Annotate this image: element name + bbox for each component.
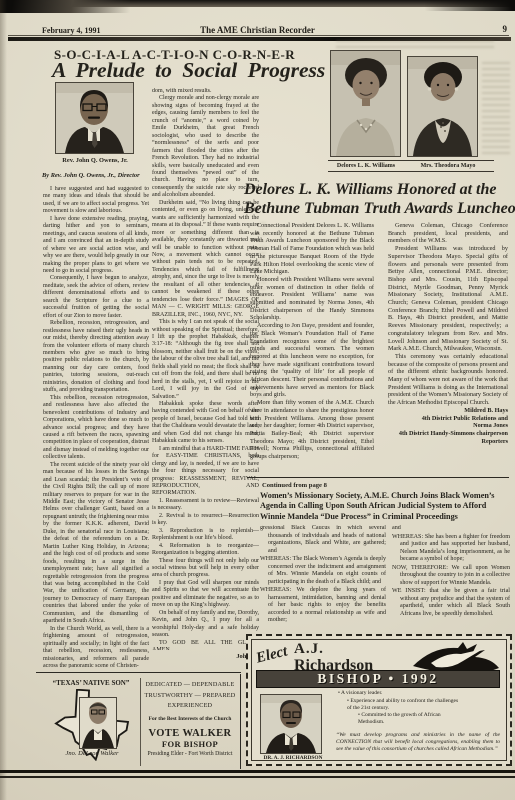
paragraph: Norma Jones (388, 422, 508, 430)
williams-headline: Delores L. K. Williams Honored at the Be… (244, 181, 514, 218)
paragraph: dom, with mixed results. (152, 88, 259, 95)
paragraph: I have done extensive reading, praying, … (43, 216, 149, 276)
ads-divider-rule (240, 674, 241, 769)
header-rule-thin (8, 35, 509, 36)
paragraph: Mildred B. Hays (388, 407, 508, 415)
paragraph: Honored with President Williams were sev… (250, 276, 374, 322)
paragraph: These four things will not only help our… (152, 558, 259, 580)
mayo-photo (407, 56, 478, 157)
scan-corner-right (425, 0, 515, 11)
owens-column-1: I have suggested and had suggested to me… (43, 186, 149, 668)
paragraph: In the Church World, as well, there is a… (43, 626, 149, 668)
wms-column-2: andWHEREAS: She has been a fighter for f… (392, 525, 510, 633)
paragraph: Durkheim said, “No living thing can be c… (152, 200, 259, 319)
continued-from-label: Continued from page 8 (262, 482, 327, 489)
richardson-quote: “We must develop programs and ministries… (336, 732, 500, 753)
wms-headline-line3: Winnie Mandela “Due Process” in Criminal… (260, 512, 510, 522)
paragraph: Habakkuk spoke these words after having … (152, 401, 259, 446)
paragraph: This ceremony was certainly educational … (388, 353, 508, 407)
paragraph: On behalf of my family and me, Dorothy, … (152, 610, 259, 640)
walker-ad-copy: DEDICATED — DEPENDABLETRUSTWORTHY — PREP… (142, 681, 238, 757)
page-number: 9 (503, 24, 508, 34)
williams-portrait-graphic (331, 51, 400, 156)
richardson-banner: BISHOP • 1992 (256, 670, 500, 688)
williams-signature: Mildred B. Hays4th District Public Relat… (388, 407, 508, 446)
paragraph: This rebellion, recession retrogression,… (43, 395, 149, 462)
walker-cta-line2: FOR BISHOP (142, 739, 238, 749)
williams-photo (330, 50, 401, 157)
williams-column-2-text: Geneva Coleman, Chicago Conference Branc… (388, 222, 508, 407)
scan-edge-shadow (0, 0, 7, 800)
paragraph: Geneva Coleman, Chicago Conference Branc… (388, 222, 508, 245)
paragraph: Consequently, I have begun to analyze, m… (43, 275, 149, 320)
owens-signoff: John Q. (152, 653, 258, 660)
richardson-bullets: A visionary leader.Experience and abilit… (338, 690, 460, 727)
wms-headline-line2: Agenda in Calling Upon South African Jud… (260, 501, 510, 511)
owens-photo-caption: Rev. John Q. Owens, Jr. (38, 157, 152, 164)
paragraph: The recent suicide of the ninety year ol… (43, 462, 149, 626)
article-divider-rule (247, 477, 509, 478)
paragraph: and (392, 525, 510, 533)
richardson-elect-label: Elect (254, 643, 289, 667)
walker-photo-caption: Jno. DeLeon Walker (40, 750, 144, 757)
richardson-name-first: A.J. (294, 641, 324, 658)
paragraph: EXPERIENCED (142, 702, 238, 709)
paragraph: President Williams was introduced by Sup… (388, 245, 508, 353)
wms-column-1: gressional Black Caucus in which several… (260, 525, 386, 633)
williams-column-2: Geneva Coleman, Chicago Conference Branc… (388, 222, 508, 472)
paragraph: I have suggested and had suggested to me… (43, 186, 149, 216)
paragraph: I pray that God will sharpen our minds a… (152, 580, 259, 610)
owens-photo (55, 82, 134, 154)
wms-headline: Women’s Missionary Society, A.M.E. Churc… (260, 491, 510, 522)
paragraph: This is why I can not speak of the socia… (152, 319, 259, 401)
richardson-portrait-graphic (261, 695, 321, 753)
paragraph: DEDICATED — DEPENDABLE (142, 681, 238, 688)
walker-portrait-graphic (80, 698, 116, 748)
paragraph: 4th District Handy-Simmons chairperson (388, 430, 508, 438)
paragraph: Experience and ability to confront the c… (347, 698, 460, 712)
paragraph: 2. Revival is to resurrect—Resurrection … (152, 513, 259, 528)
paragraph: Reporters (388, 438, 508, 446)
richardson-ad-inner: Elect A.J. Richardson BISHOP • 1992 (251, 639, 507, 761)
walker-tagline: For the Best Interests of the Church (142, 716, 238, 722)
paragraph: Committed to the growth of African Metho… (358, 712, 460, 726)
owens-byline: By Rev. John Q. Owens, Jr., Director (42, 172, 152, 179)
paragraph: gressional Black Caucus in which several… (260, 525, 386, 555)
paragraph: 4th District Public Relations and (388, 415, 508, 423)
williams-photo-caption: Delores L. K. Williams (328, 160, 404, 172)
walker-photo (79, 697, 117, 749)
paragraph: WHEREAS: The Black Women’s Agenda is dee… (260, 556, 386, 586)
paragraph: 1. Reassessment is to review—Reviewal is… (152, 498, 259, 513)
paragraph: 3. Reproduction is to replenish—Replenis… (152, 528, 259, 543)
paragraph: Rebellion, recession, retrogression, and… (43, 320, 149, 395)
owens-headline: A Prelude to Social Progress (52, 58, 325, 83)
paragraph: Clergy morale and non-clergy morale are … (152, 95, 259, 199)
paragraph: NOW, THEREFORE: We call upon Women throu… (392, 565, 510, 588)
walker-cta-line1: VOTE WALKER (142, 728, 238, 739)
mayo-portrait-graphic (408, 57, 477, 156)
richardson-photo (260, 694, 322, 754)
paragraph: WE INSIST: that she be given a fair tria… (392, 588, 510, 618)
ads-top-rule (36, 672, 241, 673)
williams-headline-line2: Bethune Tubman Truth Awards Luncheon (244, 200, 514, 219)
richardson-photo-caption: DR. A. J. RICHARDSON (252, 755, 334, 761)
walker-ad-title: “TEXAS’ NATIVE SON” (40, 679, 142, 687)
paragraph: I am mindful that a HARD-TIME FAITH for … (152, 446, 259, 498)
bleed-through-smudge (482, 62, 510, 154)
wms-headline-line1: Women’s Missionary Society, A.M.E. Churc… (260, 491, 510, 501)
page-bottom-rule-2 (0, 776, 515, 778)
williams-headline-line1: Delores L. K. Williams Honored at the (244, 181, 514, 200)
paragraph: More than fifty women of the A.M.E. Chur… (250, 399, 374, 461)
mayo-photo-caption: Mrs. Theodora Mayo (402, 160, 494, 172)
paragraph: TRUSTWORTHY — PREPARED (142, 692, 238, 699)
scan-corner-left (0, 0, 130, 13)
paragraph: WHEREAS: She has been a fighter for free… (392, 534, 510, 564)
paragraph: Connectional President Delores L. K. Wil… (250, 222, 374, 276)
walker-qualities: DEDICATED — DEPENDABLETRUSTWORTHY — PREP… (142, 681, 238, 709)
williams-column-1: Connectional President Delores L. K. Wil… (250, 222, 374, 472)
page-bottom-rule-1 (0, 770, 515, 773)
owens-portrait-graphic (56, 83, 133, 153)
paragraph: 4. Reformation is to reorganize—Reorgani… (152, 543, 259, 558)
paragraph: WHEREAS: We deplore the long years of ha… (260, 587, 386, 625)
richardson-ad: Elect A.J. Richardson BISHOP • 1992 (246, 634, 512, 766)
owens-column-2: dom, with mixed results.Clergy morale an… (152, 88, 259, 650)
walker-subtitle: Presiding Elder - Fort Worth District (142, 751, 238, 757)
masthead: The AME Christian Recorder (0, 25, 515, 35)
paragraph: A visionary leader. (338, 690, 460, 697)
paragraph: According to Jon Daye, president and fou… (250, 322, 374, 399)
paragraph: TO GOD BE ALL THE GLORY. AMEN. (152, 640, 259, 650)
